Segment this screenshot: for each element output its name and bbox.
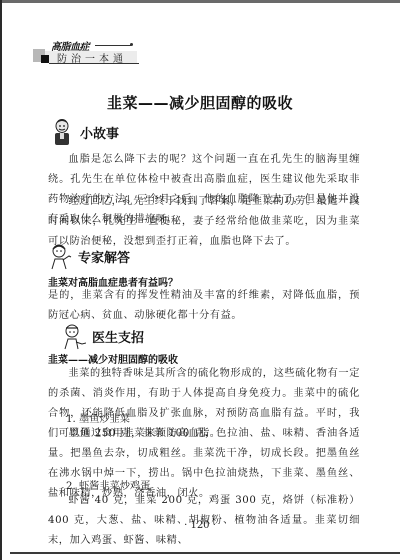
expert-doctor-icon xyxy=(48,242,72,270)
page-edge-top xyxy=(0,0,400,3)
logo-decor-square-dark xyxy=(41,55,49,63)
logo-arrow-dot xyxy=(130,43,133,46)
doctor-pointing-icon xyxy=(62,322,86,350)
book-header-logo: 高脂血症 防治一本通 xyxy=(33,36,138,64)
page-number: · 120 · xyxy=(0,520,400,531)
chapter-title: 韭菜——减少胆固醇的吸收 xyxy=(0,92,400,113)
doctor-section-heading: 医生支招 xyxy=(62,322,144,350)
expert-answer: 是的，韭菜含有的挥发性精油及丰富的纤维素，对降低血脂，预防冠心病、贫血、动脉硬化… xyxy=(48,286,360,326)
logo-underline xyxy=(49,63,139,64)
page-edge-bottom xyxy=(10,552,400,554)
cartoon-man-icon xyxy=(50,118,74,146)
page-edge-left xyxy=(0,0,2,560)
expert-heading-label: 专家解答 xyxy=(78,247,130,266)
story-section-heading: 小故事 xyxy=(50,118,119,146)
doctor-heading-label: 医生支招 xyxy=(92,327,144,346)
recipe-1-title: 1. 墨鱼炒韭菜 xyxy=(66,410,130,425)
logo-arrow-line xyxy=(95,45,131,46)
expert-section-heading: 专家解答 xyxy=(48,242,130,270)
recipe-2-title: 2. 虾酱韭菜炒鸡蛋 xyxy=(66,477,150,492)
story-heading-label: 小故事 xyxy=(80,123,119,142)
